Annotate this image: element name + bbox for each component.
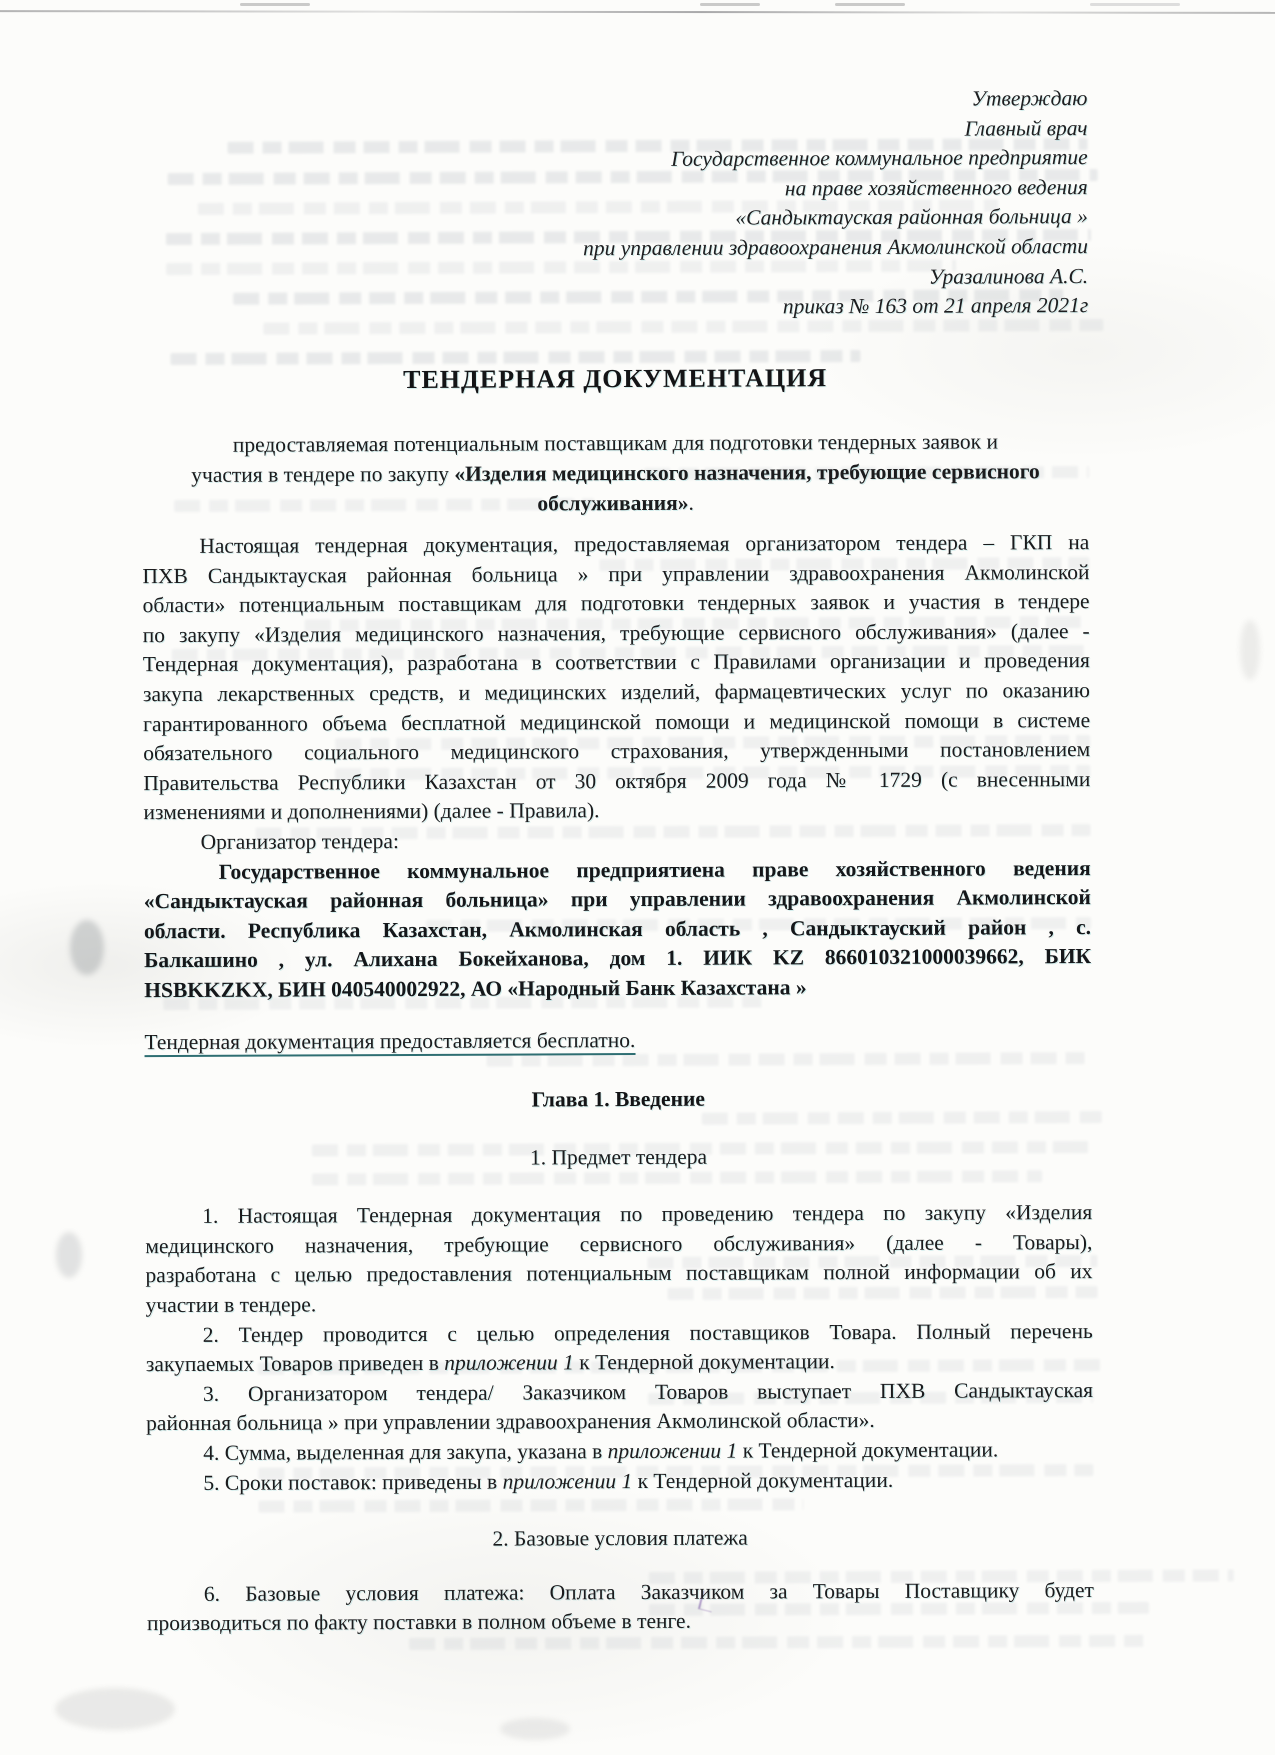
organizer-line: Государственное коммунальное предприятие…	[144, 854, 1091, 888]
approval-line: при управлении здравоохранения Акмолинск…	[388, 232, 1088, 265]
organizer-line: области. Республика Казахстан, Акмолинск…	[144, 913, 1091, 947]
item-line: разработана с целью предоставления потен…	[145, 1257, 1092, 1291]
intro-line: обязательного социального медицинского с…	[143, 735, 1090, 769]
section1-heading: 1. Предмет тендера	[145, 1141, 1092, 1175]
intro-line: Настоящая тендерная документация, предос…	[142, 528, 1089, 562]
item-line: 6. Базовые условия платежа: Оплата Заказ…	[147, 1576, 1094, 1610]
item-line: закупаемых Товаров приведен в приложении…	[146, 1346, 1093, 1380]
approval-line: Главный врач	[387, 114, 1087, 147]
tender-item-5: 5. Сроки поставок: приведены в приложени…	[146, 1465, 1093, 1499]
scanned-document-page: Утверждаю Главный врач Государственное к…	[0, 0, 1275, 1755]
item-line: 2. Тендер проводится с целью определения…	[146, 1317, 1093, 1351]
item-line: медицинского назначения, требующие серви…	[145, 1228, 1092, 1262]
subtitle-line: предоставляемая потенциальным поставщика…	[142, 426, 1089, 460]
approval-line: Утверждаю	[387, 84, 1087, 117]
document-body: ТЕНДЕРНАЯ ДОКУМЕНТАЦИЯ предоставляемая п…	[142, 360, 1095, 1639]
subtitle-line: участия в тендере по закупу «Изделия мед…	[142, 456, 1089, 490]
organizer-label: Организатор тендера:	[144, 824, 1091, 858]
document-subtitle: предоставляемая потенциальным поставщика…	[142, 426, 1089, 520]
tender-item-1: 1. Настоящая Тендерная документация по п…	[145, 1198, 1093, 1321]
approval-block: Утверждаю Главный врач Государственное к…	[387, 84, 1088, 324]
organizer-line: «Сандыктауская районная больница» при уп…	[144, 883, 1091, 917]
intro-line: Правительства Республики Казахстан от 30…	[143, 765, 1090, 799]
approval-line: на праве хозяйственного ведения	[388, 173, 1088, 206]
section1-items: 1. Настоящая Тендерная документация по п…	[145, 1198, 1093, 1498]
document-title: ТЕНДЕРНАЯ ДОКУМЕНТАЦИЯ	[142, 360, 1089, 397]
subtitle-line: обслуживания».	[142, 486, 1089, 520]
intro-paragraph: Настоящая тендерная документация, предос…	[142, 528, 1090, 828]
organizer-line: Балкашино , ул. Алихана Бокейханова, дом…	[144, 942, 1091, 976]
approval-line: приказ № 163 от 21 апреля 2021г	[388, 291, 1088, 324]
approval-line: Государственное коммунальное предприятие	[388, 143, 1088, 176]
section2-heading: 2. Базовые условия платежа	[147, 1522, 1094, 1556]
chapter1-heading: Глава 1. Введение	[145, 1083, 1092, 1117]
tender-item-4: 4. Сумма, выделенная для закупа, указана…	[146, 1435, 1093, 1469]
item-line: 1. Настоящая Тендерная документация по п…	[145, 1198, 1092, 1232]
intro-line: гарантированного объема бесплатной медиц…	[143, 706, 1090, 740]
intro-line: ПХВ Сандыктауская районная больница » пр…	[142, 558, 1089, 592]
tender-item-2: 2. Тендер проводится с целью определения…	[146, 1317, 1093, 1380]
organizer-paragraph: Государственное коммунальное предприятие…	[144, 854, 1092, 1006]
item-line: 3. Организатором тендера/ Заказчиком Тов…	[146, 1376, 1093, 1410]
intro-line: по закупу «Изделия медицинского назначен…	[143, 617, 1090, 651]
intro-line: области» потенциальным поставщикам для п…	[143, 587, 1090, 621]
tender-item-6: 6. Базовые условия платежа: Оплата Заказ…	[147, 1576, 1094, 1639]
approval-line: «Сандыктауская районная больница »	[388, 202, 1088, 235]
intro-line: закупа лекарственных средств, и медицинс…	[143, 676, 1090, 710]
approval-line: Уразалинова А.С.	[388, 262, 1088, 295]
free-notice-text: Тендерная документация предоставляется б…	[144, 1028, 635, 1057]
item-line: производиться по факту поставки в полном…	[147, 1605, 1094, 1639]
organizer-line: HSBKKZKX, БИН 040540002922, АО «Народный…	[144, 972, 1091, 1006]
tender-item-3: 3. Организатором тендера/ Заказчиком Тов…	[146, 1376, 1093, 1439]
intro-line: изменениями и дополнениями) (далее - Пра…	[143, 794, 1090, 828]
item-line: районная больница » при управлении здрав…	[146, 1405, 1093, 1439]
free-notice-line: Тендерная документация предоставляется б…	[144, 1024, 1091, 1058]
item-line: участии в тендере.	[146, 1287, 1093, 1321]
intro-line: Тендерная документация), разработана в с…	[143, 646, 1090, 680]
